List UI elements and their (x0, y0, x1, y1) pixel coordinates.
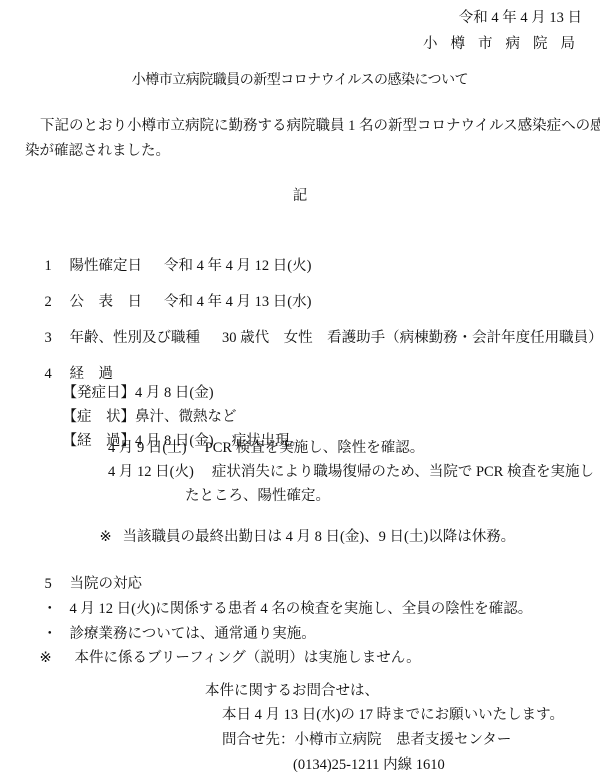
item-number: 2 (40, 294, 70, 311)
progress-note: ※当該職員の最終出勤日は 4 月 8 日(金)、9 日(土)以降は休務。 (25, 512, 575, 563)
item-label: 年齢、性別及び職種 (70, 330, 201, 346)
item-value: 令和 4 年 4 月 13 日(水) (164, 294, 311, 310)
response-bullet-3: ※本件に係るブリーフィング（説明）は実施しません。 (25, 633, 575, 684)
bullet-text: 本件に係るブリーフィング（説明）は実施しません。 (75, 650, 421, 666)
issuing-organization: 小樽市病院局 (25, 36, 588, 53)
intro-line-2: 染が確認されました。 (25, 143, 575, 160)
timeline-line-2: 4 月 12 日(火) 症状消失により職場復帰のため、当院で PCR 検査を実施… (25, 464, 575, 481)
item-label: 陽性確定日 (70, 258, 143, 274)
item-value: 令和 4 年 4 月 12 日(火) (164, 258, 311, 274)
item-number: 1 (40, 258, 70, 275)
record-marker: 記 (25, 188, 575, 205)
intro-line-1: 下記のとおり小樽市立病院に勤務する病院職員 1 名の新型コロナウイルス感染症への… (40, 118, 575, 135)
note-marker: ※ (100, 529, 123, 546)
contact-line-1: 本件に関するお問合せは、 (205, 683, 575, 700)
document-page: 令和 4 年 4 月 13 日 小樽市病院局 小樽市立病院職員の新型コロナウイル… (0, 0, 600, 784)
item-value: 30 歳代 女性 看護助手（病棟勤務・会計年度任用職員） (222, 330, 600, 346)
timeline-line-1: 4 月 9 日(土) PCR 検査を実施し、陰性を確認。 (25, 440, 575, 457)
item-label: 公 表 日 (70, 294, 143, 310)
item-number: 3 (40, 330, 70, 347)
contact-line-2: 本日 4 月 13 日(水)の 17 時までにお願いいたします。 (222, 707, 575, 724)
note-text: 当該職員の最終出勤日は 4 月 8 日(金)、9 日(土)以降は休務。 (123, 529, 516, 545)
doc-title: 小樽市立病院職員の新型コロナウイルスの感染について (25, 72, 575, 89)
bullet-marker: ※ (40, 650, 75, 667)
contact-line-3: 問合せ先：小樽市立病院 患者支援センター (222, 732, 575, 749)
timeline-line-3: たところ、陽性確定。 (25, 488, 575, 505)
issue-date: 令和 4 年 4 月 13 日 (25, 10, 582, 27)
contact-phone: (0134)25-1211 内線 1610 (293, 757, 575, 774)
